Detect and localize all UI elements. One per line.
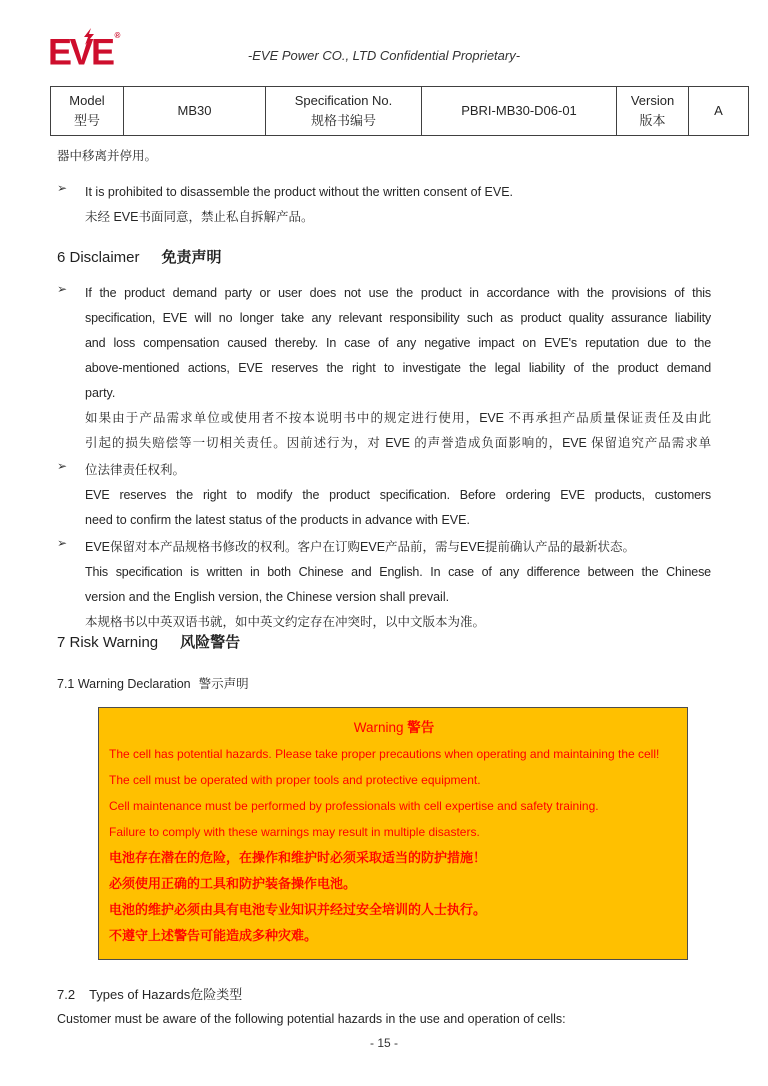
spec-no-label-zh: 规格书编号 <box>268 111 419 131</box>
subsection-71-en: 7.1 Warning Declaration <box>57 677 191 691</box>
text-line: It is prohibited to disassemble the prod… <box>85 180 711 205</box>
warning-line-zh: 电池存在潜在的危险，在操作和维护时必须采取适当的防护措施！ <box>109 845 679 871</box>
arrow-bullet-icon: ➢ <box>57 459 67 473</box>
warning-box: Warning 警告 The cell has potential hazard… <box>98 707 688 960</box>
subsection-71-zh: 警示声明 <box>199 677 249 691</box>
arrow-bullet-icon: ➢ <box>57 536 67 550</box>
document-page: EVE® -EVE Power CO., LTD Confidential Pr… <box>0 0 768 1086</box>
text-line: party. <box>85 381 711 406</box>
warning-line-zh: 电池的维护必须由具有电池专业知识并经过安全培训的人士执行。 <box>109 897 679 923</box>
spec-no-label-en: Specification No. <box>268 91 419 111</box>
continuation-text-line: 器中移离并停用。 <box>57 144 711 169</box>
warning-line: The cell has potential hazards. Please t… <box>109 741 679 767</box>
model-value-cell: MB30 <box>124 87 266 136</box>
text-line: above-mentioned actions, EVE reserves th… <box>85 356 711 381</box>
warning-title-en: Warning <box>354 720 404 735</box>
subsection-72-zh: 危险类型 <box>190 987 242 1002</box>
warning-line: Cell maintenance must be performed by pr… <box>109 793 679 819</box>
arrow-bullet-icon: ➢ <box>57 282 67 296</box>
bullet-item-modify-spec: ➢ 位法律责任权利。 EVE reserves the right to mod… <box>57 458 711 533</box>
text-line: 未经 EVE书面同意，禁止私自拆解产品。 <box>85 205 711 230</box>
warning-line-zh: 必须使用正确的工具和防护装备操作电池。 <box>109 871 679 897</box>
arrow-bullet-icon: ➢ <box>57 181 67 195</box>
section-heading-disclaimer: 6 Disclaimer免责声明 <box>57 246 711 267</box>
version-value-cell: A <box>689 87 749 136</box>
bullet-item-bilingual: ➢ EVE保留对本产品规格书修改的权利。客户在订购EVE产品前，需与EVE提前确… <box>57 535 711 635</box>
version-label-cell: Version 版本 <box>617 87 689 136</box>
version-label-en: Version <box>619 91 686 111</box>
text-line: 本规格书以中英双语书就，如中英文约定存在冲突时，以中文版本为准。 <box>85 610 711 635</box>
warning-line: Failure to comply with these warnings ma… <box>109 819 679 845</box>
page-number: - 15 - <box>0 1036 768 1050</box>
spec-table: Model 型号 MB30 Specification No. 规格书编号 PB… <box>50 86 749 136</box>
model-label-en: Model <box>53 91 121 111</box>
subsection-72-number: 7.2 <box>57 987 75 1002</box>
registered-trademark-icon: ® <box>115 31 121 40</box>
bullet-item-disassemble: ➢ It is prohibited to disassemble the pr… <box>57 180 711 230</box>
subsection-72-heading: 7.2Types of Hazards危险类型 <box>57 984 711 1003</box>
text-line: need to confirm the latest status of the… <box>85 508 711 533</box>
text-line: 位法律责任权利。 <box>85 458 711 483</box>
text-line: version and the English version, the Chi… <box>85 585 711 610</box>
confidential-notice: -EVE Power CO., LTD Confidential Proprie… <box>0 48 768 63</box>
section-heading-en: 7 Risk Warning <box>57 634 158 651</box>
page-header: EVE® -EVE Power CO., LTD Confidential Pr… <box>0 0 768 84</box>
text-line: This specification is written in both Ch… <box>85 560 711 585</box>
version-label-zh: 版本 <box>619 111 686 131</box>
section-heading-zh: 风险警告 <box>180 634 240 651</box>
text-line: 引起的损失赔偿等一切相关责任。因前述行为，对 EVE 的声誉造成负面影响的，EV… <box>85 431 711 456</box>
text-line: and loss compensation caused thereby. In… <box>85 331 711 356</box>
text-line: If the product demand party or user does… <box>85 281 711 306</box>
warning-title-zh: 警告 <box>407 720 434 735</box>
warning-line-zh: 不遵守上述警告可能造成多种灾难。 <box>109 923 679 949</box>
model-label-cell: Model 型号 <box>51 87 124 136</box>
bullet-item-liability: ➢ If the product demand party or user do… <box>57 281 711 456</box>
spec-no-value-cell: PBRI-MB30-D06-01 <box>422 87 617 136</box>
section-heading-en: 6 Disclaimer <box>57 249 140 266</box>
subsection-71-heading: 7.1 Warning Declaration警示声明 <box>57 674 711 692</box>
lightning-bolt-icon <box>82 28 96 46</box>
text-line: EVE reserves the right to modify the pro… <box>85 483 711 508</box>
text-line: EVE保留对本产品规格书修改的权利。客户在订购EVE产品前，需与EVE提前确认产… <box>85 535 711 560</box>
text-line: 如果由于产品需求单位或使用者不按本说明书中的规定进行使用，EVE 不再承担产品质… <box>85 406 711 431</box>
warning-line: The cell must be operated with proper to… <box>109 767 679 793</box>
warning-box-title: Warning 警告 <box>109 715 679 741</box>
spec-no-label-cell: Specification No. 规格书编号 <box>266 87 422 136</box>
subsection-72-en: Types of Hazards <box>89 987 190 1002</box>
section-heading-zh: 免责声明 <box>162 249 222 266</box>
text-line: specification, EVE will no longer take a… <box>85 306 711 331</box>
document-body: 器中移离并停用。 ➢ It is prohibited to disassemb… <box>0 144 768 1032</box>
hazard-intro-line: Customer must be aware of the following … <box>57 1007 711 1032</box>
spec-table-row: Model 型号 MB30 Specification No. 规格书编号 PB… <box>51 87 749 136</box>
model-label-zh: 型号 <box>53 111 121 131</box>
